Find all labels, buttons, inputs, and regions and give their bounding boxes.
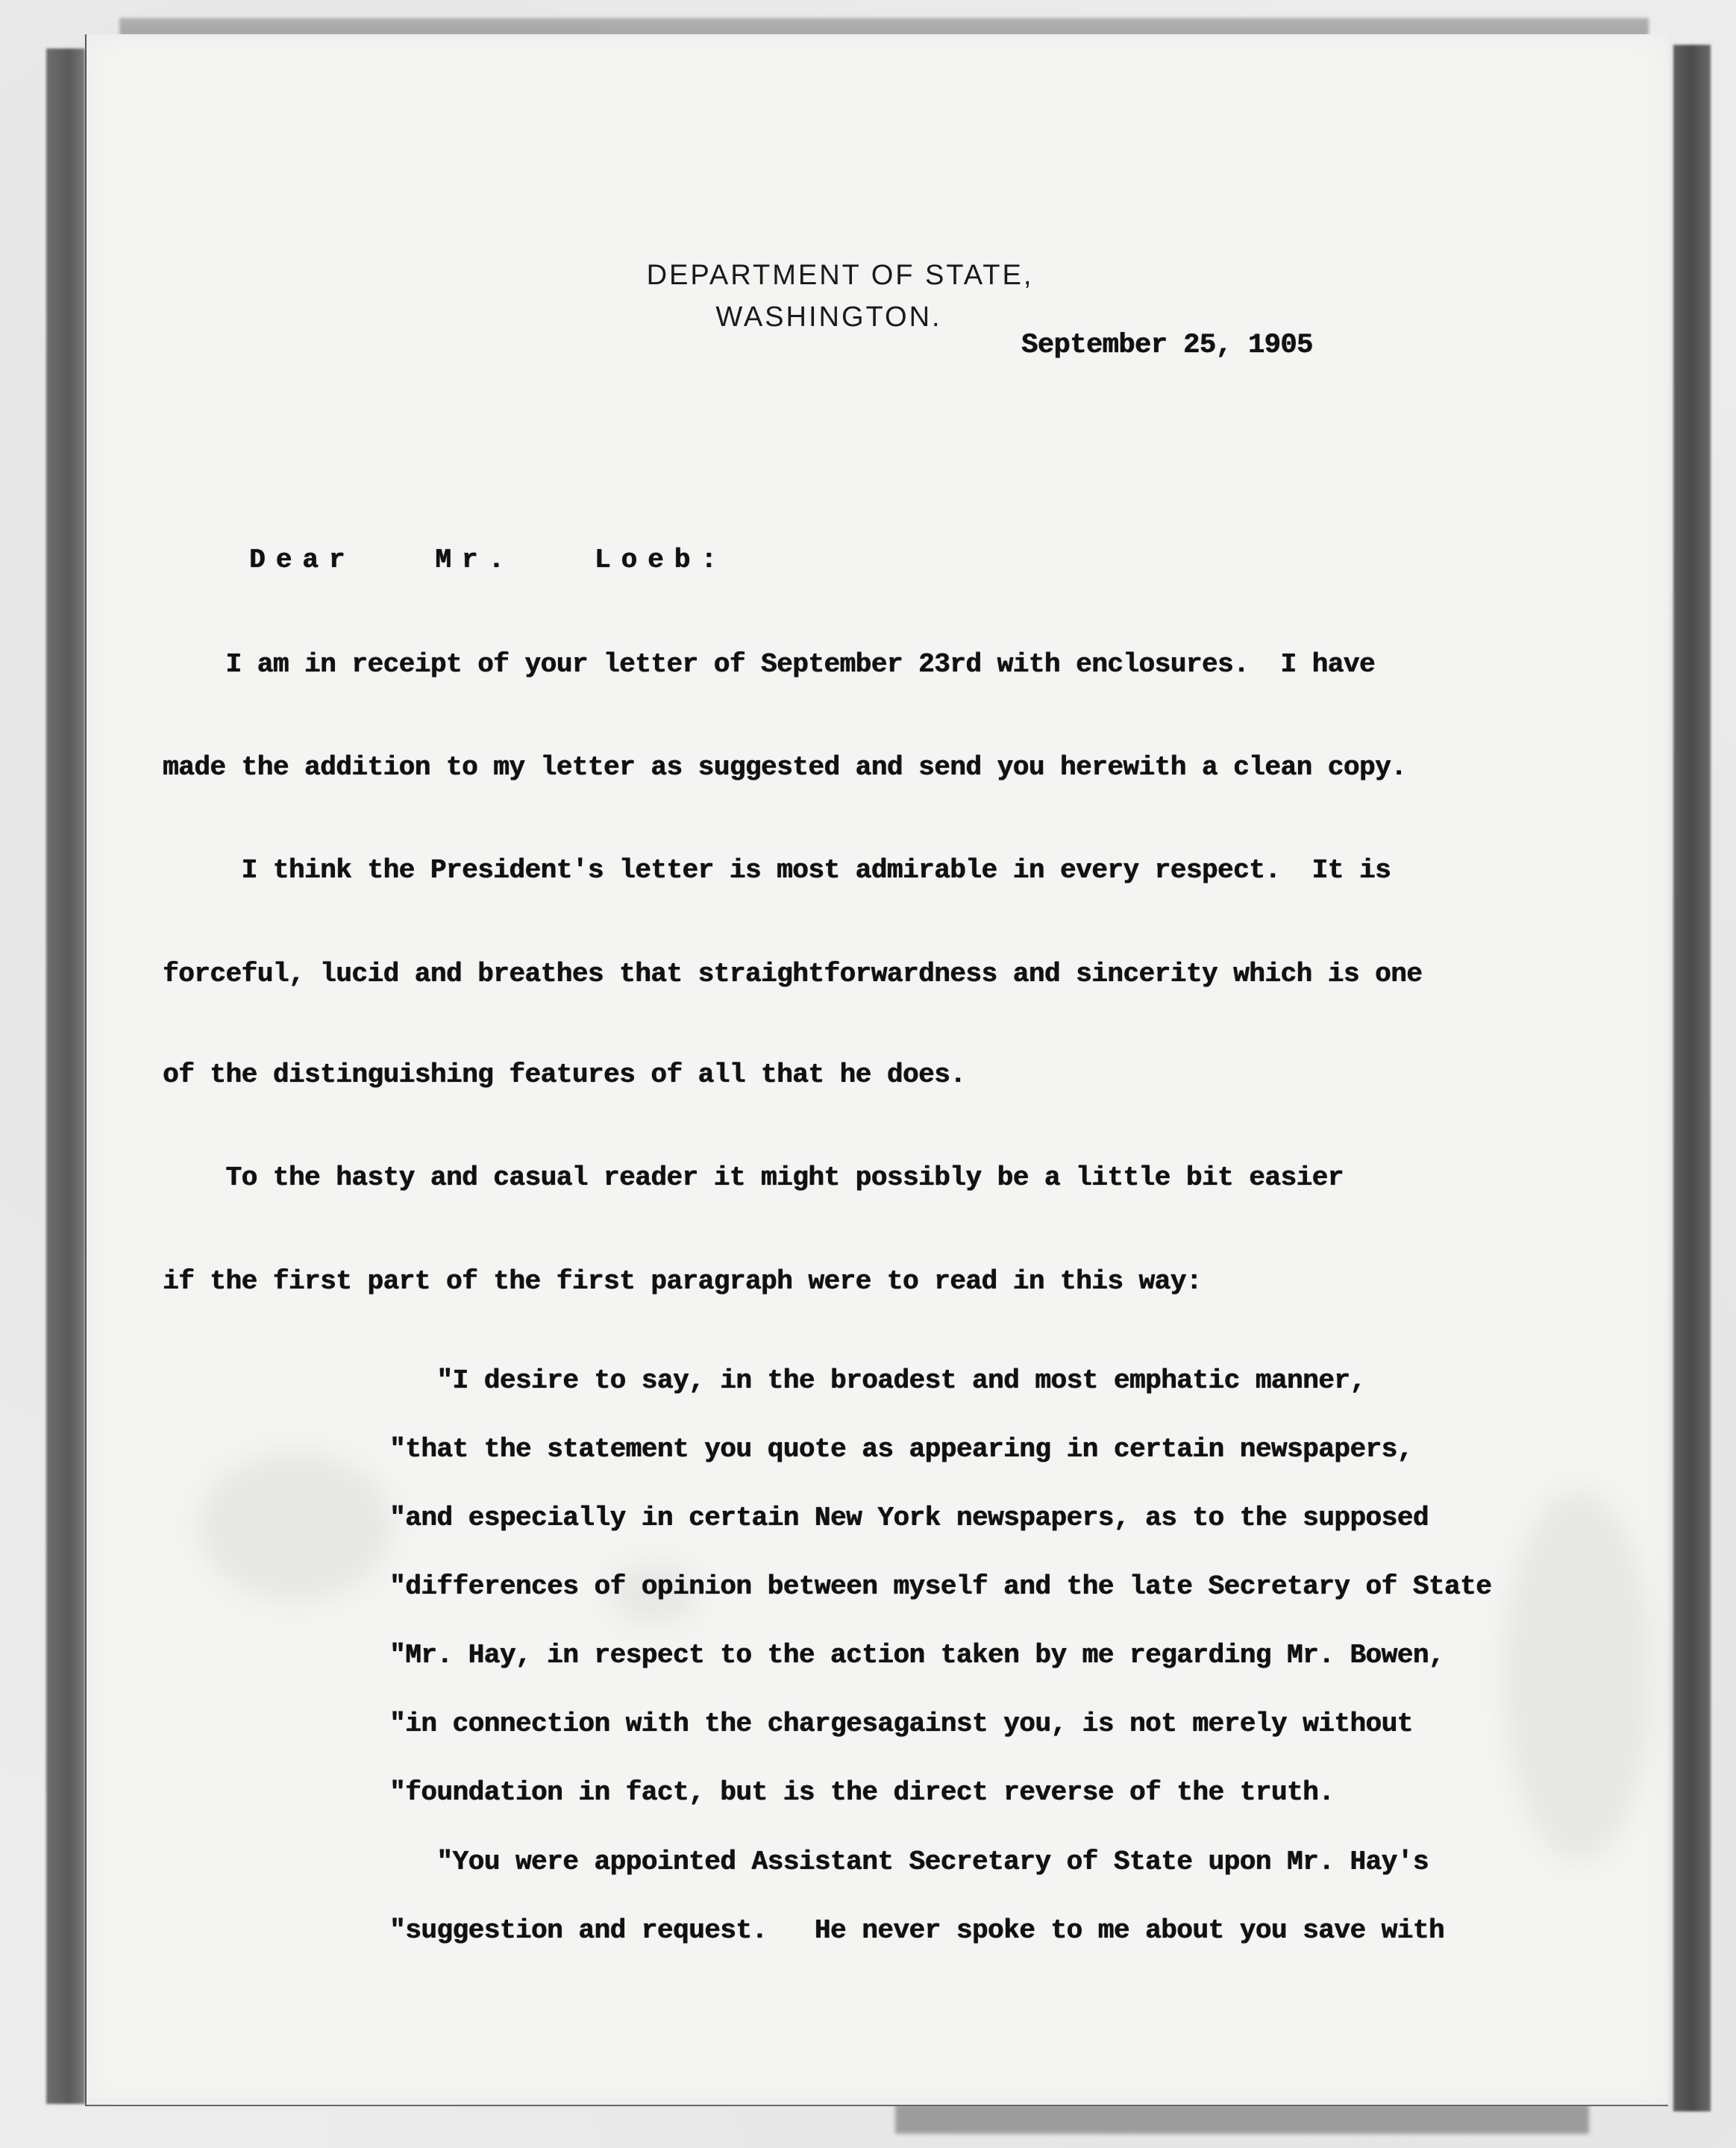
quote-line: "You were appointed Assistant Secretary … bbox=[389, 1847, 1429, 1877]
quote-line: "Mr. Hay, in respect to the action taken… bbox=[389, 1640, 1444, 1671]
body-line: To the hasty and casual reader it might … bbox=[163, 1162, 1344, 1193]
body-line: of the distinguishing features of all th… bbox=[163, 1059, 965, 1090]
quote-line: "foundation in fact, but is the direct r… bbox=[389, 1777, 1334, 1808]
quote-line: "and especially in certain New York news… bbox=[389, 1503, 1429, 1533]
body-line: if the first part of the first paragraph… bbox=[163, 1266, 1202, 1297]
quote-line: "differences of opinion between myself a… bbox=[389, 1571, 1491, 1602]
quote-line: "that the statement you quote as appeari… bbox=[389, 1434, 1413, 1465]
letterhead: DEPARTMENT OF STATE, WASHINGTON. bbox=[87, 254, 1668, 338]
body-line: I think the President's letter is most a… bbox=[163, 855, 1391, 886]
salutation: Dear Mr. Loeb: bbox=[249, 545, 727, 575]
shadow-band-bottom bbox=[895, 2104, 1589, 2134]
smudge bbox=[1504, 1489, 1653, 1862]
body-line: forceful, lucid and breathes that straig… bbox=[163, 959, 1422, 989]
smudge bbox=[198, 1452, 392, 1601]
quote-line: "I desire to say, in the broadest and mo… bbox=[389, 1365, 1365, 1396]
letter-date: September 25, 1905 bbox=[1021, 330, 1313, 361]
shadow-band-right bbox=[1673, 45, 1711, 2111]
letter-page: DEPARTMENT OF STATE, WASHINGTON. Septemb… bbox=[85, 34, 1668, 2106]
letterhead-department: DEPARTMENT OF STATE, bbox=[12, 254, 1668, 296]
body-line: I am in receipt of your letter of Septem… bbox=[163, 649, 1375, 680]
shadow-band-top bbox=[119, 18, 1649, 36]
shadow-band-left bbox=[46, 48, 85, 2104]
letterhead-city: WASHINGTON. bbox=[0, 296, 1668, 338]
body-line: made the addition to my letter as sugges… bbox=[163, 752, 1406, 783]
quote-line: "suggestion and request. He never spoke … bbox=[389, 1915, 1444, 1946]
quote-line: "in connection with the chargesagainst y… bbox=[389, 1709, 1413, 1739]
